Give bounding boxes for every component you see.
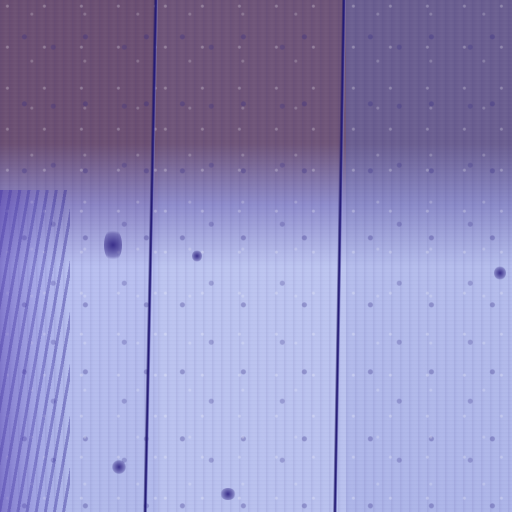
- wood-knot: [112, 460, 126, 474]
- wood-knot: [494, 266, 506, 280]
- wood-knot: [192, 250, 202, 262]
- plank-right-speckle: [346, 0, 512, 512]
- plank-center-speckle: [158, 0, 346, 512]
- plank-center: [158, 0, 346, 512]
- wood-planks-photo: [0, 0, 512, 512]
- wood-knot: [220, 488, 236, 500]
- left-edge-wear: [0, 190, 70, 512]
- wood-knot: [104, 228, 122, 262]
- plank-right: [346, 0, 512, 512]
